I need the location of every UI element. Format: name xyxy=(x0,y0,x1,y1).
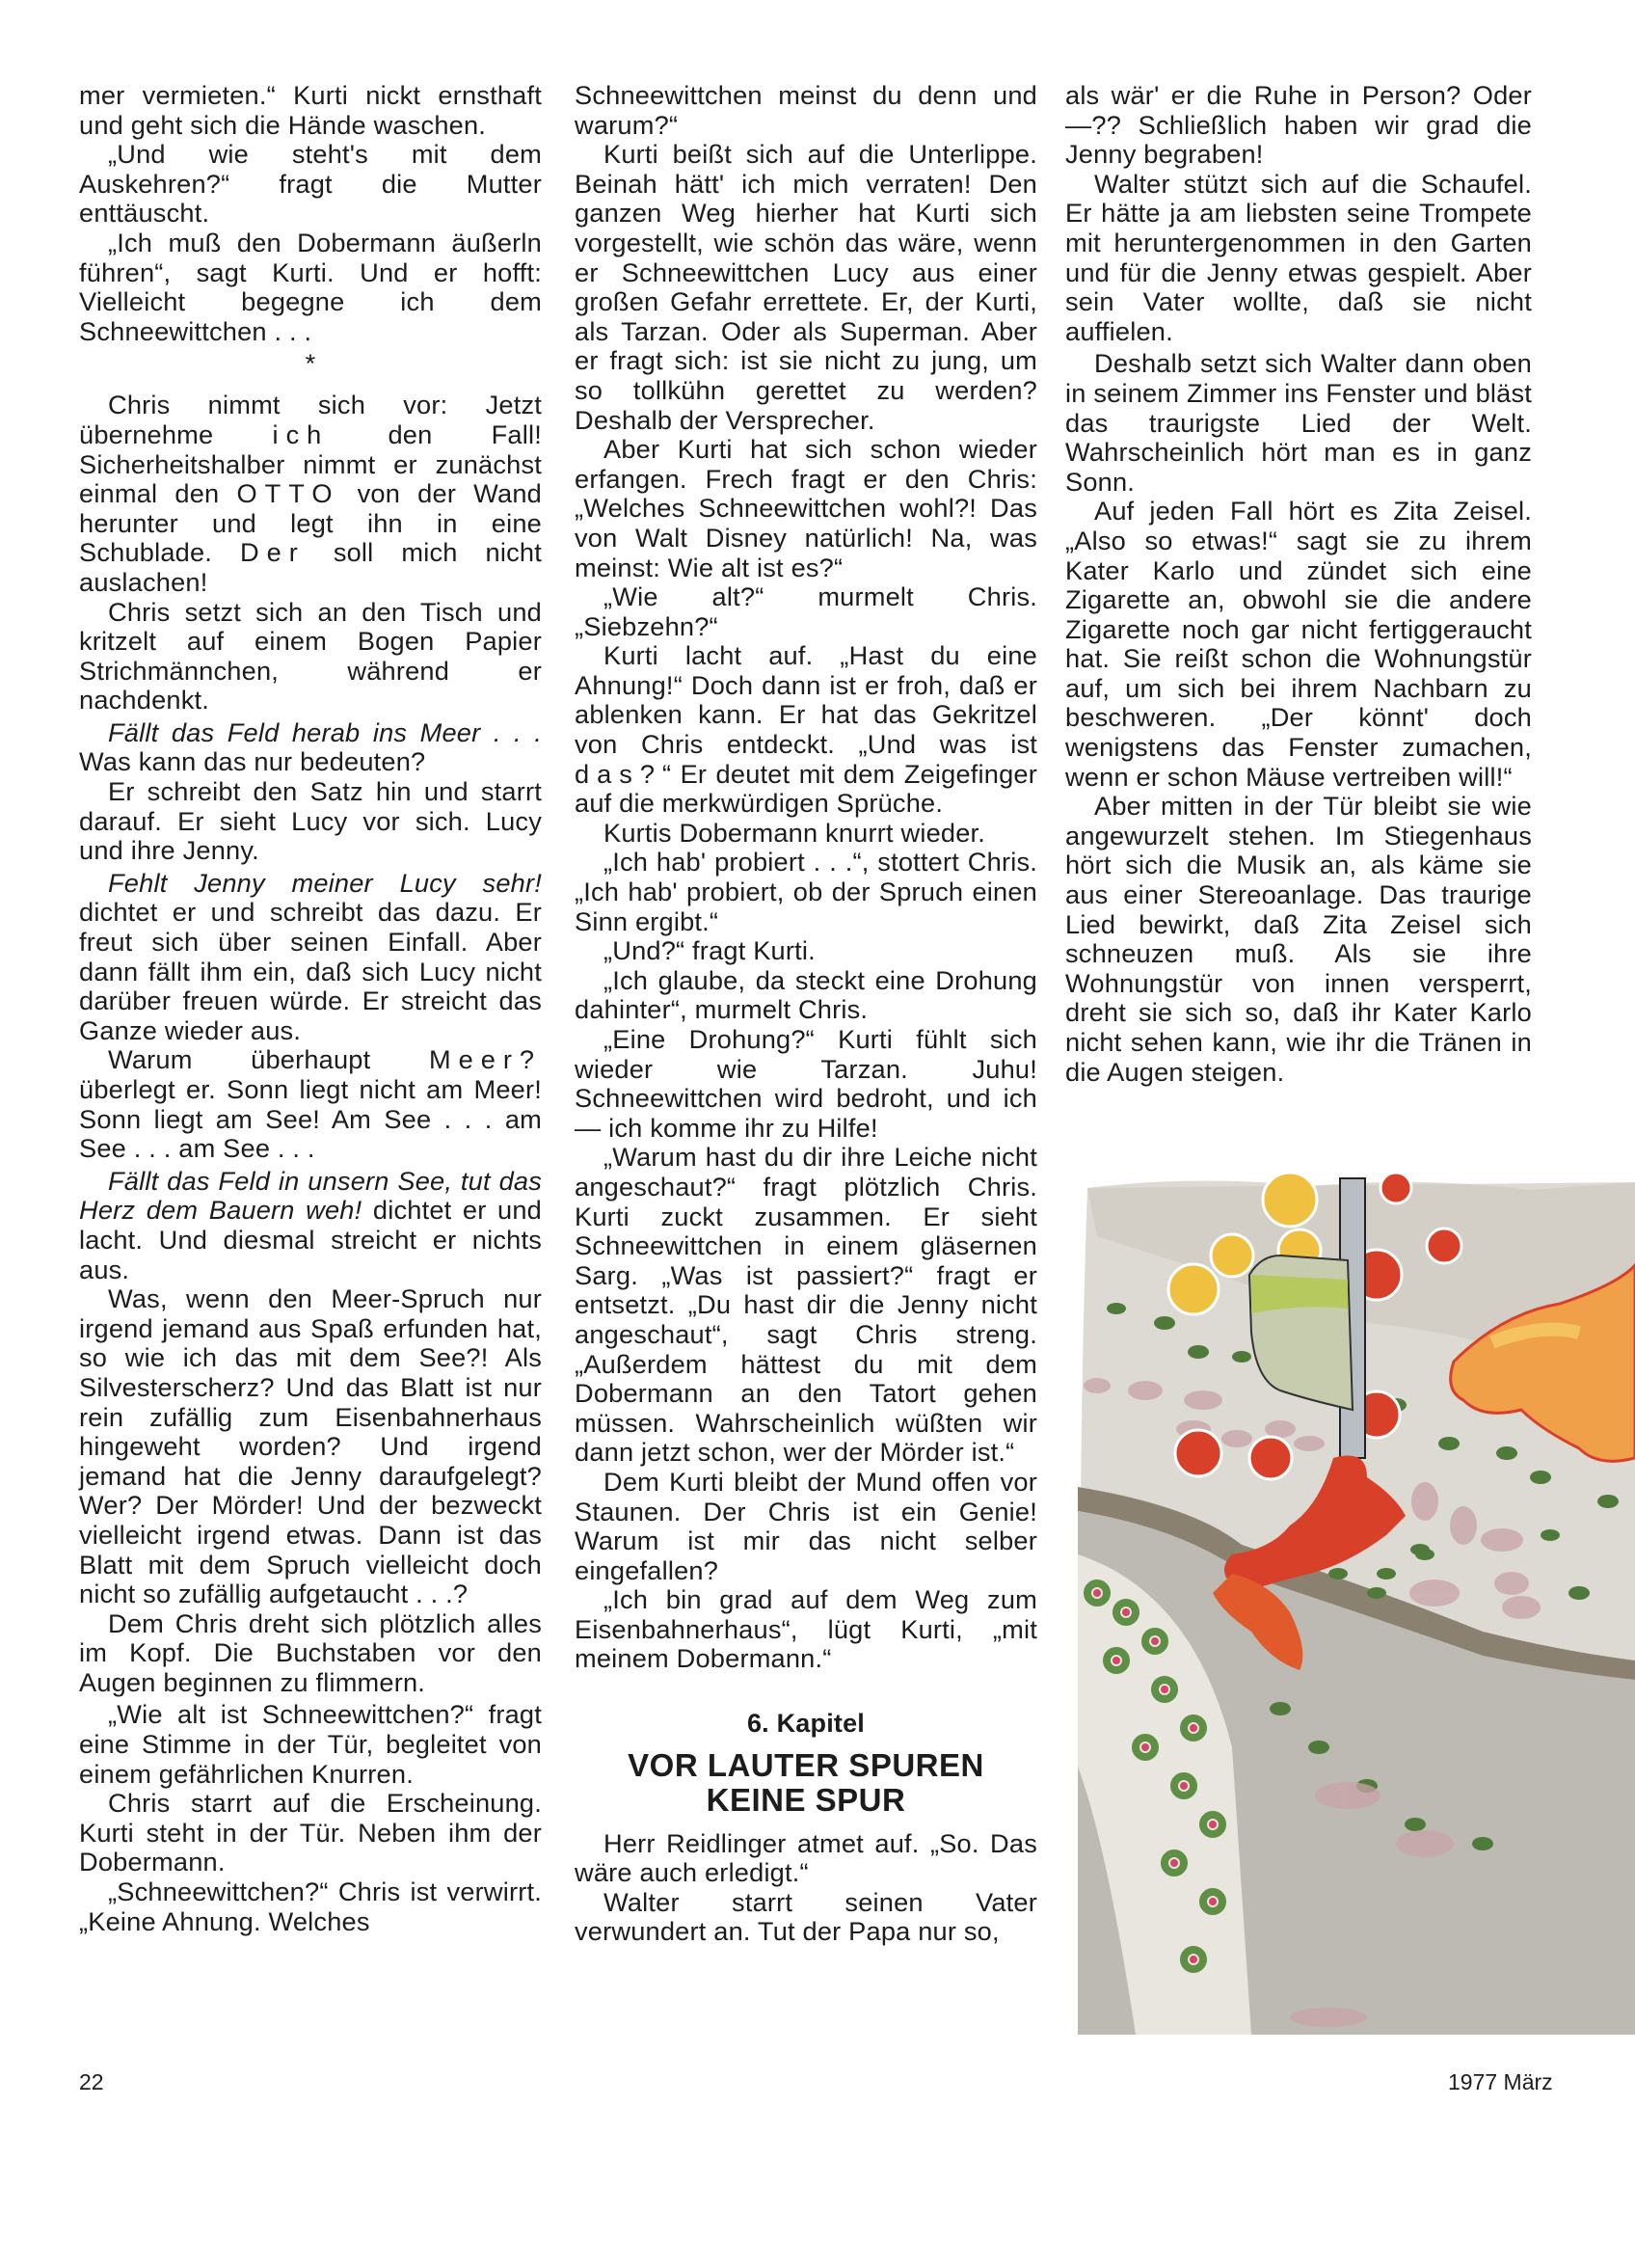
chapter-number: 6. Kapitel xyxy=(575,1709,1037,1739)
paragraph: „Schneewittchen?“ Chris ist verwirrt. „K… xyxy=(79,1877,542,1936)
paragraph: Herr Reidlinger atmet auf. „So. Das wäre… xyxy=(575,1829,1037,1888)
paragraph: „Warum hast du dir ihre Leiche nicht ang… xyxy=(575,1143,1037,1468)
paragraph: mer vermieten.“ Kurti nickt ernsthaft un… xyxy=(79,81,542,140)
paragraph: als wär' er die Ruhe in Person? Oder —??… xyxy=(1065,81,1532,170)
paragraph: Aber mitten in der Tür bleibt sie wie an… xyxy=(1065,792,1532,1087)
paragraph: Chris starrt auf die Erscheinung. Kurti … xyxy=(79,1789,542,1877)
paragraph: Chris nimmt sich vor: Jetzt übernehme ic… xyxy=(79,391,542,597)
paragraph: Kurti beißt sich auf die Unterlippe. Bei… xyxy=(575,140,1037,435)
paragraph: „Ich hab' probiert . . .“, stottert Chri… xyxy=(575,848,1037,936)
section-separator: * xyxy=(79,346,542,391)
paragraph: Aber Kurti hat sich schon wieder erfange… xyxy=(575,435,1037,582)
paragraph: „Wie alt ist Schneewittchen?“ fragt eine… xyxy=(79,1700,542,1789)
paragraph: Schneewittchen meinst du denn und warum?… xyxy=(575,81,1037,140)
paragraph: Kurti lacht auf. „Hast du eine Ahnung!“ … xyxy=(575,641,1037,819)
chapter-title: VOR LAUTER SPUREN KEINE SPUR xyxy=(575,1748,1037,1818)
paragraph: „Ich bin grad auf dem Weg zum Eisenbahne… xyxy=(575,1585,1037,1674)
paragraph: „Und?“ fragt Kurti. xyxy=(575,936,1037,966)
paragraph: Dem Chris dreht sich plötzlich alles im … xyxy=(79,1609,542,1698)
paragraph: Fällt das Feld in unsern See, tut das He… xyxy=(79,1167,542,1284)
paragraph: „Ich glaube, da steckt eine Drohung dahi… xyxy=(575,966,1037,1025)
paragraph: Warum überhaupt Meer? überlegt er. Sonn … xyxy=(79,1045,542,1163)
text-column-3: als wär' er die Ruhe in Person? Oder —??… xyxy=(1065,81,1532,1087)
text-column-1: mer vermieten.“ Kurti nickt ernsthaft un… xyxy=(79,81,542,1936)
paragraph: Dem Kurti bleibt der Mund offen vor Stau… xyxy=(575,1468,1037,1585)
paragraph: „Und wie steht's mit dem Auskehren?“ fra… xyxy=(79,140,542,229)
paragraph: Deshalb setzt sich Walter dann oben in s… xyxy=(1065,349,1532,497)
paragraph: Was, wenn den Meer-Spruch nur irgend jem… xyxy=(79,1284,542,1609)
paragraph: „Ich muß den Dobermann äußerln führen“, … xyxy=(79,229,542,346)
paragraph: „Eine Drohung?“ Kurti fühlt sich wieder … xyxy=(575,1025,1037,1143)
paragraph: Er schreibt den Satz hin und starrt dara… xyxy=(79,777,542,866)
paragraph: Walter starrt seinen Vater verwundert an… xyxy=(575,1888,1037,1947)
paragraph: Chris setzt sich an den Tisch und kritze… xyxy=(79,598,542,715)
paragraph: Kurtis Dobermann knurrt wieder. xyxy=(575,819,1037,849)
issue-date: 1977 März xyxy=(1448,2069,1553,2095)
page-number: 22 xyxy=(79,2069,104,2095)
paragraph: „Wie alt?“ murmelt Chris. „Siebzehn?“ xyxy=(575,582,1037,641)
paragraph: Fällt das Feld herab ins Meer . . . Was … xyxy=(79,718,542,777)
paragraph: Fehlt Jenny meiner Lucy sehr! dichtet er… xyxy=(79,869,542,1046)
paragraph: Walter stützt sich auf die Schaufel. Er … xyxy=(1065,170,1532,347)
text-column-2: Schneewittchen meinst du denn und warum?… xyxy=(575,81,1037,1947)
paragraph: Auf jeden Fall hört es Zita Zeisel. „Als… xyxy=(1065,497,1532,792)
story-illustration xyxy=(1078,1169,1635,2035)
